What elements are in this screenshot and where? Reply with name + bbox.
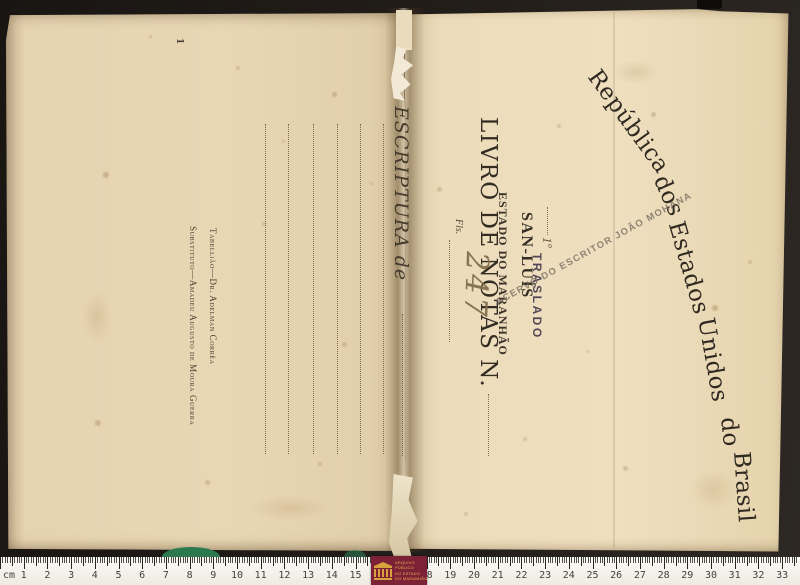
ruler-number: 26: [607, 570, 625, 581]
ruler-tick: [488, 557, 489, 563]
foxing-spot: [342, 342, 347, 347]
ruler-tick: [540, 557, 541, 563]
ruler-tick: [614, 557, 615, 563]
ruler-tick: [116, 557, 117, 563]
ruler-tick: [237, 557, 238, 569]
ruler-tick: [585, 557, 586, 563]
ruler-tick: [647, 557, 648, 563]
ruler-tick: [709, 557, 710, 563]
ruler-tick: [218, 557, 219, 563]
ruler-tick: [31, 557, 32, 563]
ruler-tick: [192, 557, 193, 563]
ruler-tick: [668, 557, 669, 563]
ruler-tick: [569, 557, 570, 569]
ruler-tick: [166, 557, 167, 569]
ruler-tick: [616, 557, 617, 569]
ruler-number: 30: [702, 570, 720, 581]
ruler-tick: [453, 557, 454, 563]
ruler-tick: [476, 557, 477, 563]
ruler-tick: [550, 557, 551, 563]
stain: [690, 470, 736, 510]
ruler-tick: [334, 557, 335, 563]
ruler-number: 9: [204, 570, 222, 581]
ruler-tick: [590, 557, 591, 563]
ruler-tick: [467, 557, 468, 563]
ruler-number: 10: [228, 570, 246, 581]
ruler-tick: [258, 557, 259, 563]
ruler-tick: [109, 557, 110, 563]
ruler-tick: [57, 557, 58, 563]
ruler-number: 22: [512, 570, 530, 581]
ruler-tick: [737, 557, 738, 563]
ruler-tick: [282, 557, 283, 563]
ruler-tick: [526, 557, 527, 563]
ruler-tick: [728, 557, 729, 563]
ruler-tick: [74, 557, 75, 563]
ruler-tick: [199, 557, 200, 563]
ruler-tick: [678, 557, 679, 563]
ruler-number: 13: [299, 570, 317, 581]
ruler-tick: [455, 557, 456, 563]
ruler-tick: [263, 557, 264, 563]
ruler-tick: [17, 557, 18, 563]
ruler-tick: [256, 557, 257, 563]
ruler-tick: [450, 557, 451, 569]
ruler-tick: [289, 557, 290, 563]
ruler-tick: [52, 557, 53, 563]
ruler-tick: [356, 557, 357, 569]
ruler-tick: [536, 557, 537, 563]
ruler-tick: [671, 557, 672, 563]
ruler-tick: [178, 557, 179, 566]
ruler-tick: [47, 557, 48, 569]
ruler-tick: [28, 557, 29, 563]
ruler-tick: [173, 557, 174, 563]
ruler-tick: [337, 557, 338, 563]
ruler-tick: [704, 557, 705, 563]
ruler-number: 23: [536, 570, 554, 581]
ruler-tick: [133, 557, 134, 563]
ruler-tick: [559, 557, 560, 563]
ruler-tick: [220, 557, 221, 563]
ruler-tick: [0, 557, 1, 569]
ruler-tick: [296, 557, 297, 566]
foxing-spot: [464, 512, 468, 516]
ruler-tick: [673, 557, 674, 563]
ruler-tick: [429, 557, 430, 563]
ruler-tick: [2, 557, 3, 563]
ruler-tick: [697, 557, 698, 563]
ruler-tick: [472, 557, 473, 563]
ruler-tick: [687, 557, 688, 569]
ruler-tick: [612, 557, 613, 563]
ruler-tick: [45, 557, 46, 563]
ruler-tick: [76, 557, 77, 563]
ruler-tick: [85, 557, 86, 563]
ruler-tick: [168, 557, 169, 563]
ruler-tick: [666, 557, 667, 563]
ruler-tick: [479, 557, 480, 563]
ruler-tick: [38, 557, 39, 563]
ruler-number: 12: [275, 570, 293, 581]
ruler-tick: [145, 557, 146, 563]
ruler-tick: [83, 557, 84, 566]
ruler-number: 6: [133, 570, 151, 581]
ruler-tick: [171, 557, 172, 563]
ruler-tick: [692, 557, 693, 563]
ruler-tick: [100, 557, 101, 563]
ruler-tick: [308, 557, 309, 569]
ruler-number: 15: [347, 570, 365, 581]
ruler-tick: [597, 557, 598, 563]
ruler-tick: [571, 557, 572, 563]
foxing-spot: [712, 305, 718, 311]
ruler-tick: [512, 557, 513, 563]
ruler-tick: [235, 557, 236, 563]
ruler-tick: [95, 557, 96, 569]
ruler-tick: [329, 557, 330, 563]
ruler-tick: [564, 557, 565, 563]
ruler-tick: [69, 557, 70, 563]
ruler-tick: [211, 557, 212, 563]
ruler-tick: [339, 557, 340, 563]
ruler-tick: [434, 557, 435, 563]
ruler-tick: [284, 557, 285, 569]
ruler-tick: [50, 557, 51, 563]
ruler-tick: [5, 557, 6, 563]
stain: [250, 495, 330, 521]
ruler-tick: [642, 557, 643, 563]
ruler-unit-label: cm: [3, 570, 15, 581]
ruler-tick: [548, 557, 549, 563]
ruler-tick: [770, 557, 771, 566]
ruler-tick: [71, 557, 72, 569]
ruler-number: 25: [584, 570, 602, 581]
ruler-tick: [247, 557, 248, 563]
ruler-tick: [792, 557, 793, 563]
ruler-tick: [431, 557, 432, 563]
ruler-tick: [33, 557, 34, 563]
ruler-tick: [301, 557, 302, 563]
ruler-tick: [249, 557, 250, 566]
ruler-tick: [498, 557, 499, 569]
ruler-tick: [142, 557, 143, 569]
ruler-tick: [24, 557, 25, 569]
ruler-tick: [14, 557, 15, 563]
ruler-number: 1: [15, 570, 33, 581]
ruler-tick: [66, 557, 67, 563]
ruler-tick: [619, 557, 620, 563]
ruler-tick: [239, 557, 240, 563]
ruler-tick: [12, 557, 13, 566]
ruler-tick: [242, 557, 243, 563]
ruler-tick: [180, 557, 181, 563]
ruler-tick: [223, 557, 224, 563]
ruler-tick: [313, 557, 314, 563]
ruler-tick: [268, 557, 269, 563]
ruler-tick: [664, 557, 665, 569]
ruler-tick: [766, 557, 767, 563]
ruler-tick: [228, 557, 229, 563]
ruler-tick: [578, 557, 579, 563]
ruler-tick: [652, 557, 653, 566]
ruler-tick: [794, 557, 795, 566]
ruler-tick: [230, 557, 231, 563]
ruler-tick: [628, 557, 629, 566]
ruler-tick: [609, 557, 610, 563]
ruler-tick: [782, 557, 783, 569]
ruler-tick: [90, 557, 91, 563]
ruler-tick: [519, 557, 520, 563]
ruler-tick: [270, 557, 271, 563]
ruler-number: 11: [252, 570, 270, 581]
ruler-tick: [607, 557, 608, 563]
ruler-tick: [457, 557, 458, 563]
ruler-tick: [481, 557, 482, 563]
ruler-tick: [555, 557, 556, 563]
stain: [82, 290, 112, 344]
ruler-tick: [121, 557, 122, 563]
ruler-tick: [254, 557, 255, 563]
ruler-tick: [654, 557, 655, 563]
ruler-tick: [183, 557, 184, 563]
ruler-tick: [773, 557, 774, 563]
ruler-tick: [557, 557, 558, 566]
ruler-tick: [367, 557, 368, 566]
ruler-tick: [59, 557, 60, 566]
ruler-tick: [10, 557, 11, 563]
ruler-tick: [360, 557, 361, 563]
ruler-tick: [659, 557, 660, 563]
archive-logo: ARQUIVOPÚBLICODO ESTADODO MARANHÃO: [371, 556, 427, 585]
ruler-tick: [581, 557, 582, 566]
ruler-tick: [159, 557, 160, 563]
ruler-tick: [303, 557, 304, 563]
ruler-tick: [552, 557, 553, 563]
ruler-tick: [318, 557, 319, 563]
ruler-tick: [156, 557, 157, 563]
ruler-number: 24: [560, 570, 578, 581]
ruler-tick: [777, 557, 778, 563]
ruler-tick: [562, 557, 563, 563]
ruler-tick: [92, 557, 93, 563]
ruler-tick: [676, 557, 677, 566]
ruler-tick: [787, 557, 788, 563]
ruler-tick: [789, 557, 790, 563]
ruler-tick: [448, 557, 449, 563]
foxing-spot: [370, 182, 373, 185]
ruler-tick: [311, 557, 312, 563]
ruler-tick: [694, 557, 695, 563]
ruler-tick: [19, 557, 20, 563]
ruler-tick: [721, 557, 722, 563]
ruler-tick: [690, 557, 691, 563]
ruler-tick: [744, 557, 745, 563]
ruler-tick: [232, 557, 233, 563]
ruler-tick: [742, 557, 743, 563]
ruler-tick: [645, 557, 646, 563]
ruler-tick: [491, 557, 492, 563]
ruler-tick: [114, 557, 115, 563]
ruler-tick: [657, 557, 658, 563]
ruler-tick: [152, 557, 153, 563]
ruler-tick: [538, 557, 539, 563]
ruler-number: 31: [726, 570, 744, 581]
ruler-tick: [723, 557, 724, 566]
ruler-tick: [213, 557, 214, 569]
ruler-tick: [785, 557, 786, 563]
ruler-tick: [484, 557, 485, 563]
ruler-tick: [545, 557, 546, 569]
ruler-number: 7: [157, 570, 175, 581]
ruler-tick: [775, 557, 776, 563]
ruler-tick: [97, 557, 98, 563]
ruler-tick: [206, 557, 207, 563]
ruler-tick: [486, 557, 487, 566]
ruler-tick: [147, 557, 148, 563]
ruler-tick: [88, 557, 89, 563]
ruler-tick: [713, 557, 714, 563]
ruler-number: 33: [773, 570, 791, 581]
logo-base: [374, 578, 392, 580]
foxing-spot: [205, 480, 210, 485]
ruler-tick: [739, 557, 740, 563]
ruler-tick: [64, 557, 65, 563]
ruler-tick: [623, 557, 624, 563]
ruler-tick: [102, 557, 103, 563]
scanned-document-canvas: 1 ESCRIPTURA de Tabellião—Dr. Adelman Co…: [0, 0, 800, 585]
ruler-tick: [261, 557, 262, 569]
ruler-number: 8: [181, 570, 199, 581]
ruler-tick: [529, 557, 530, 563]
ruler-tick: [780, 557, 781, 563]
ruler-tick: [638, 557, 639, 563]
ruler-tick: [718, 557, 719, 563]
logo-building-icon: [374, 562, 392, 580]
ruler-tick: [185, 557, 186, 563]
foxing-spot: [586, 350, 589, 353]
ruler-tick: [732, 557, 733, 563]
green-fabric: [344, 550, 366, 557]
ruler-tick: [363, 557, 364, 563]
ruler-tick: [602, 557, 603, 563]
ruler-tick: [140, 557, 141, 563]
ruler-tick: [135, 557, 136, 563]
ruler-tick: [796, 557, 797, 563]
ruler-tick: [621, 557, 622, 563]
ruler-tick: [756, 557, 757, 563]
ruler-tick: [514, 557, 515, 563]
foxing-spot: [318, 462, 322, 466]
ruler-tick: [204, 557, 205, 563]
ruler-tick: [332, 557, 333, 569]
ruler-tick: [225, 557, 226, 566]
foxing-spot: [282, 140, 285, 143]
ruler-tick: [194, 557, 195, 563]
ruler-tick: [36, 557, 37, 566]
ruler-tick: [43, 557, 44, 563]
ruler-tick: [460, 557, 461, 563]
ruler-number: 20: [465, 570, 483, 581]
ruler-tick: [443, 557, 444, 563]
ruler-tick: [251, 557, 252, 563]
ruler-tick: [543, 557, 544, 563]
ruler-tick: [751, 557, 752, 563]
foxing-spot: [437, 187, 442, 192]
ruler-tick: [510, 557, 511, 566]
stain: [610, 60, 660, 84]
ruler-tick: [469, 557, 470, 563]
ruler-tick: [40, 557, 41, 563]
ruler-tick: [55, 557, 56, 563]
ruler-tick: [747, 557, 748, 566]
ruler-number: 3: [62, 570, 80, 581]
ruler-tick: [521, 557, 522, 569]
ruler-tick: [62, 557, 63, 563]
ruler-tick: [299, 557, 300, 563]
ruler-tick: [683, 557, 684, 563]
ruler-tick: [436, 557, 437, 563]
foxing-spot: [623, 466, 628, 471]
ruler-tick: [630, 557, 631, 563]
ruler-tick: [649, 557, 650, 563]
ruler-tick: [725, 557, 726, 563]
ruler-tick: [604, 557, 605, 566]
ruler-number: 14: [323, 570, 341, 581]
ruler-tick: [138, 557, 139, 563]
foxing-spot: [103, 172, 109, 178]
logo-text: ARQUIVOPÚBLICODO ESTADODO MARANHÃO: [395, 560, 427, 581]
ruler-tick: [735, 557, 736, 569]
ruler-tick: [438, 557, 439, 566]
ruler-tick: [495, 557, 496, 563]
ruler-tick: [107, 557, 108, 566]
foxing-spot: [332, 92, 337, 97]
ruler-tick: [21, 557, 22, 563]
ruler-number: 4: [86, 570, 104, 581]
ruler-tick: [730, 557, 731, 563]
ruler-tick: [7, 557, 8, 563]
ruler-tick: [187, 557, 188, 563]
ruler-tick: [325, 557, 326, 563]
ruler-number: 2: [38, 570, 56, 581]
ruler-tick: [201, 557, 202, 566]
ruler-tick: [358, 557, 359, 563]
ruler-tick: [462, 557, 463, 566]
ruler-tick: [164, 557, 165, 563]
ruler-tick: [344, 557, 345, 566]
ruler-tick: [685, 557, 686, 563]
ruler-tick: [493, 557, 494, 563]
ruler-tick: [197, 557, 198, 563]
ruler-tick: [128, 557, 129, 563]
ruler-tick: [130, 557, 131, 566]
foxing-spot: [95, 420, 101, 426]
ruler-tick: [280, 557, 281, 563]
ruler-tick: [315, 557, 316, 563]
ruler-tick: [706, 557, 707, 563]
ruler-number: 19: [441, 570, 459, 581]
ruler-tick: [365, 557, 366, 563]
ruler-tick: [320, 557, 321, 566]
ruler-tick: [711, 557, 712, 569]
ruler-tick: [351, 557, 352, 563]
ruler-tick: [533, 557, 534, 566]
measuring-ruler: cm 1234567891011121314151617181920212223…: [0, 557, 800, 585]
ruler-tick: [190, 557, 191, 569]
ruler-tick: [754, 557, 755, 563]
foxing-spot: [651, 112, 656, 117]
